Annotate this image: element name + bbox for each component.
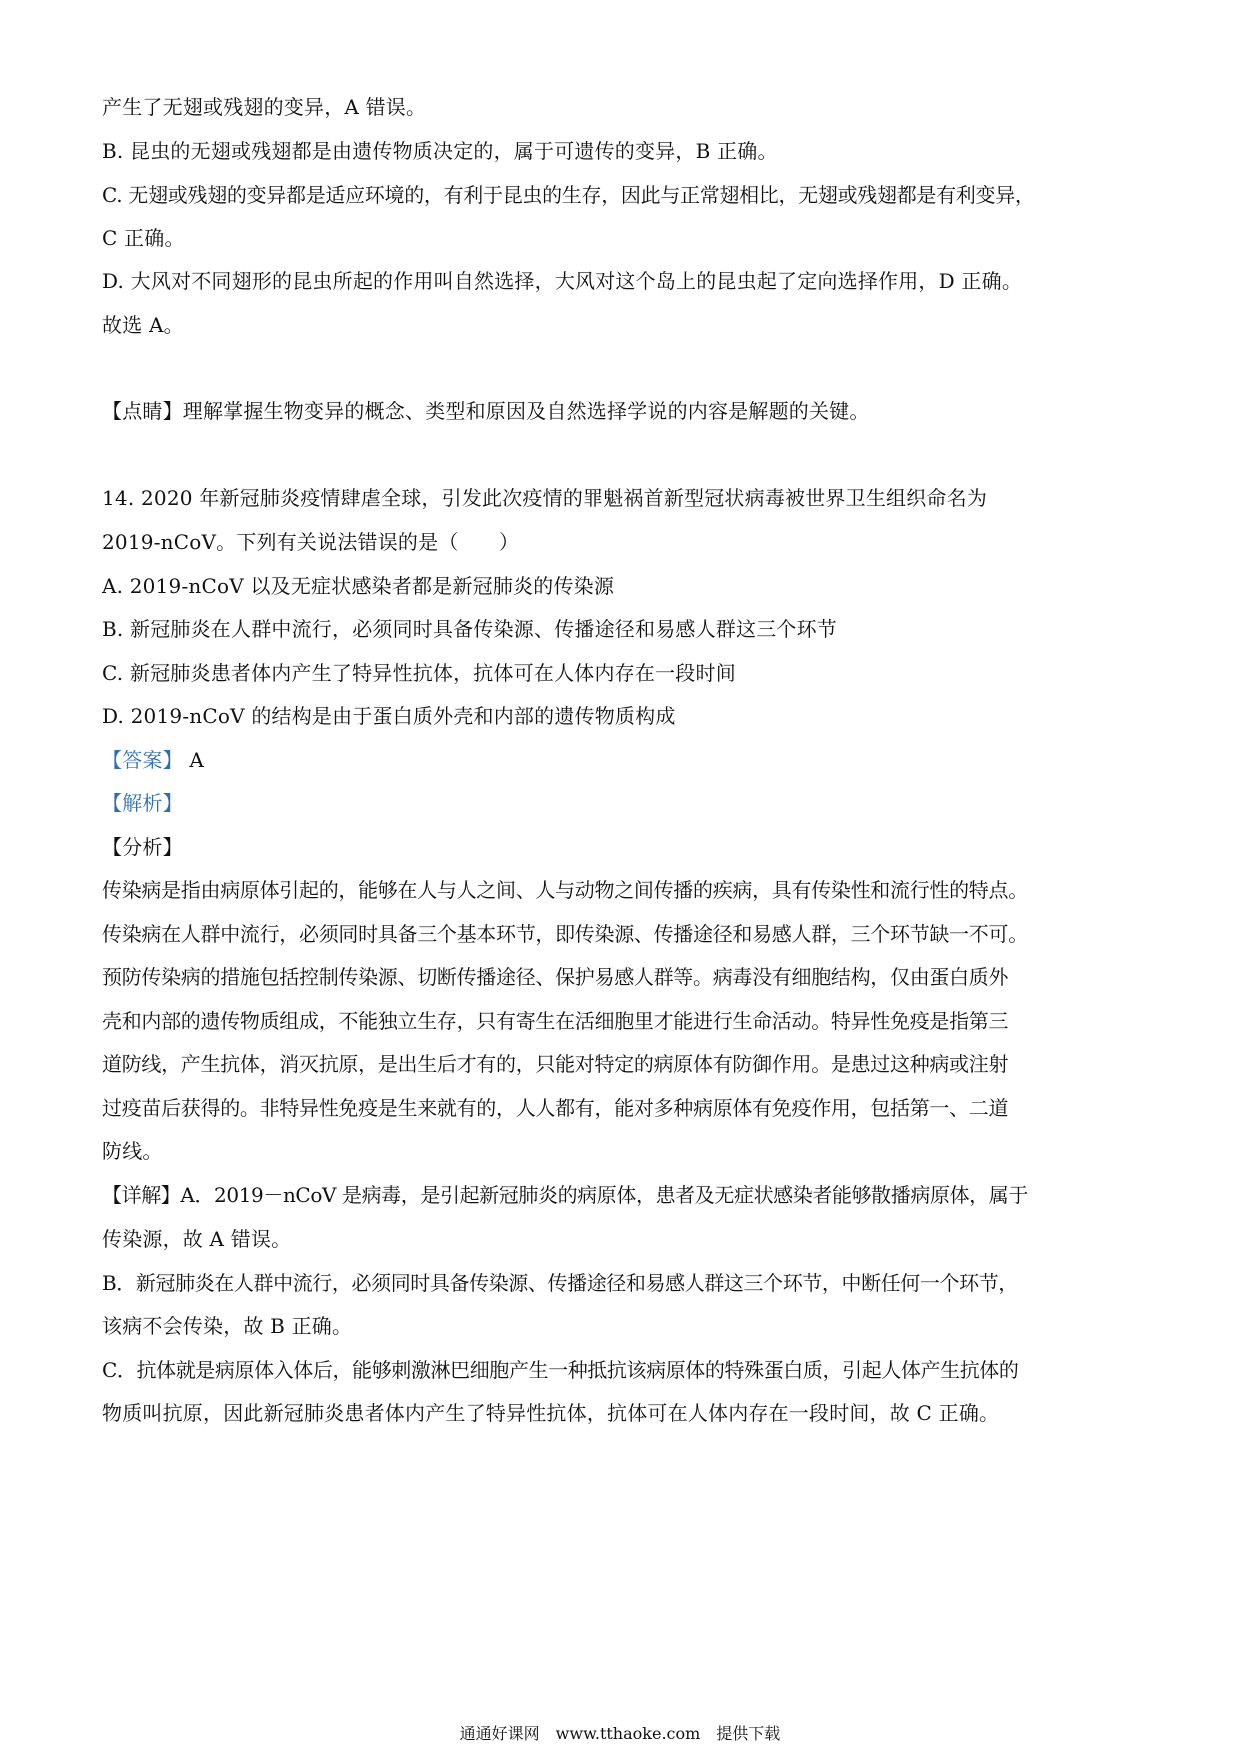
analysis-paragraph: 预防传染病的措施包括控制传染源、切断传播途径、保护易感人群等。病毒没有细胞结构，… bbox=[102, 965, 1008, 989]
analysis-paragraph: 壳和内部的遗传物质组成，不能独立生存，只有寄生在活细胞里才能进行生命活动。特异性… bbox=[102, 1009, 1008, 1033]
analysis-paragraph: 道防线，产生抗体，消灭抗原，是出生后才有的，只能对特定的病原体有防御作用。是患过… bbox=[102, 1052, 1008, 1076]
question-14-stem-cont: 2019-nCoV。下列有关说法错误的是（ ） bbox=[102, 530, 519, 554]
answer-conclusion: 故选 A。 bbox=[102, 313, 184, 337]
detail-option-a-cont: 传染源，故 A 错误。 bbox=[102, 1227, 291, 1251]
answer-value: A bbox=[183, 748, 204, 772]
detail-option-b-cont: 该病不会传染，故 B 正确。 bbox=[102, 1314, 352, 1338]
analysis-paragraph: 传染病在人群中流行，必须同时具备三个基本环节，即传染源、传播途径和易感人群，三个… bbox=[102, 922, 1028, 946]
detail-option-c-cont: 物质叫抗原，因此新冠肺炎患者体内产生了特异性抗体，抗体可在人体内存在一段时间，故… bbox=[102, 1401, 999, 1425]
analysis-line: 【解析】 bbox=[102, 791, 183, 815]
option-c-explanation: C. 无翅或残翅的变异都是适应环境的，有利于昆虫的生存，因此与正常翅相比，无翅或… bbox=[102, 183, 1035, 207]
detail-option-a: 【详解】A．2019－nCoV 是病毒，是引起新冠肺炎的病原体，患者及无症状感染… bbox=[102, 1183, 1028, 1207]
question-14-option-d: D. 2019-nCoV 的结构是由于蛋白质外壳和内部的遗传物质构成 bbox=[102, 704, 676, 728]
text-line: C 正确。 bbox=[102, 226, 185, 250]
analysis-paragraph: 过疫苗后获得的。非特异性免疫是生来就有的，人人都有，能对多种病原体有免疫作用，包… bbox=[102, 1096, 1008, 1120]
question-14-option-b: B. 新冠肺炎在人群中流行，必须同时具备传染源、传播途径和易感人群这三个环节 bbox=[102, 617, 837, 641]
analysis-paragraph: 防线。 bbox=[102, 1139, 163, 1163]
answer-label: 【答案】 bbox=[102, 748, 183, 772]
detail-option-b: B．新冠肺炎在人群中流行，必须同时具备传染源、传播途径和易感人群这三个环节，中断… bbox=[102, 1271, 1018, 1295]
question-14-option-a: A. 2019-nCoV 以及无症状感染者都是新冠肺炎的传染源 bbox=[102, 574, 614, 598]
page-footer: 通通好课网 www.tthaoke.com 提供下载 bbox=[0, 1724, 1240, 1744]
option-d-explanation: D. 大风对不同翅形的昆虫所起的作用叫自然选择，大风对这个岛上的昆虫起了定向选择… bbox=[102, 269, 1022, 293]
answer-line: 【答案】 A bbox=[102, 748, 204, 772]
analysis-label: 【解析】 bbox=[102, 791, 183, 815]
question-14-option-c: C. 新冠肺炎患者体内产生了特异性抗体，抗体可在人体内存在一段时间 bbox=[102, 661, 736, 685]
analysis-paragraph: 传染病是指由病原体引起的，能够在人与人之间、人与动物之间传播的疾病，具有传染性和… bbox=[102, 878, 1028, 902]
section-heading-analysis: 【分析】 bbox=[102, 835, 183, 859]
text-line: 产生了无翅或残翅的变异，A 错误。 bbox=[102, 95, 426, 119]
detail-option-c: C．抗体就是病原体入体后，能够刺激淋巴细胞产生一种抵抗该病原体的特殊蛋白质，引起… bbox=[102, 1358, 1019, 1382]
question-14-stem: 14. 2020 年新冠肺炎疫情肆虐全球，引发此次疫情的罪魁祸首新型冠状病毒被世… bbox=[102, 486, 987, 510]
key-point: 【点睛】理解掌握生物变异的概念、类型和原因及自然选择学说的内容是解题的关键。 bbox=[102, 399, 870, 423]
option-b-explanation: B. 昆虫的无翅或残翅都是由遗传物质决定的，属于可遗传的变异，B 正确。 bbox=[102, 139, 778, 163]
